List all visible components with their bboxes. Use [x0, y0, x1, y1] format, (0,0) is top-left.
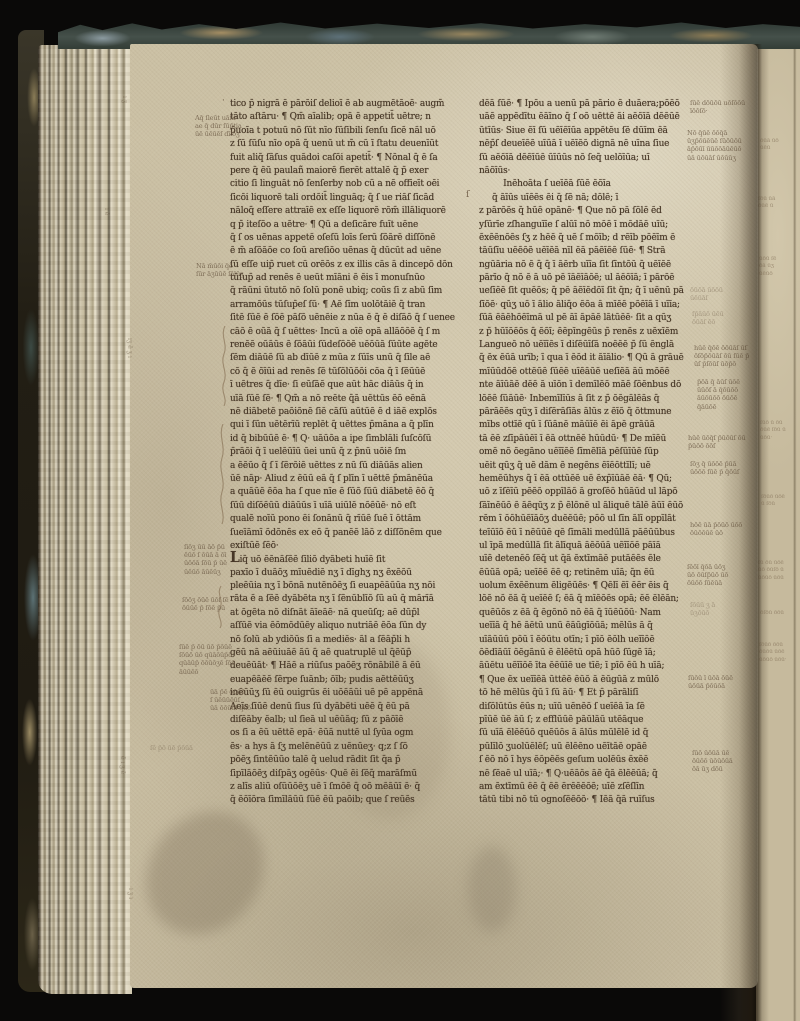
- text-line: tāūſīu uēēōē uēīēā nīl ēā pāēīēē ſūē· ¶ …: [479, 244, 693, 257]
- text-line: exiſtūē ſēō·: [230, 539, 451, 552]
- text-line: uīāūūū pōū ī ēōūtu otīn; ī pīō ēōlh ueīī…: [479, 633, 693, 646]
- text-line: tō hē mēlūs q̄ū ī ſū āū· ¶ Et p̄ pārāliſ…: [479, 686, 693, 699]
- text-line: ſīōē· qūʒ uō ī ālio āliq̄o ēōa ā mīēē pō…: [479, 298, 693, 311]
- text-line: z p̄ hūīōēōs q̄ ēōī; ēēpīngēūs p̄ renēs …: [479, 325, 693, 338]
- text-line: nō ſolū ab ydiōūs ſi a mediēs· āl a ſēāp…: [230, 633, 451, 646]
- text-line: nē ſēaē ul uīā;· ¶ Q·uēāōs āē q̄ā ēlēēūā…: [479, 767, 693, 780]
- text-line: at ōgēta nō diſnāt āīeāē· nā queūſq; aē …: [230, 606, 451, 619]
- text-line: mībs ottīē qū ī ſūānē māūīē ēi āpē grāūā: [479, 418, 693, 431]
- text-line: deuēūāt· ¶ Hāē a riūſus paōēʒ rōnābilē ā…: [230, 659, 451, 672]
- text-line: q̄ āīūs uīēēs ēi q̄ ſē nā; dōlē; ī: [479, 191, 693, 204]
- text-line: hemēūhys q̄ ī ēā ottūēē uē ēxp̄īūāē ēā· …: [479, 472, 693, 485]
- text-line: ſ ēō nō ī hys ēōpēēs geſum uolēūs ēxēē: [479, 753, 693, 766]
- text-line: gēū nā aēūiuāē āū q̄ aē quatruplē ul q̄ē…: [230, 646, 451, 659]
- text-line: tico p̄ nigrā ē pārōiſ delioī ē ab augmē…: [230, 97, 451, 110]
- text-line: ſēm diāūē ſū ab dīūē z mūa z ſūīs unū q̄…: [230, 351, 451, 364]
- text-line: ſitē ſūē ē ſōē pāſō uēnēie z nūa ē q̄ ē …: [230, 311, 451, 324]
- text-line: ſū eſſe uip̄ ruet cū orēōs z ex illis cā…: [230, 258, 451, 271]
- text-line: rāta ē a ſēē dyābēta nʒ ī ſēnūblīō ſū aū…: [230, 592, 451, 605]
- text-line: paxīo ī duāōʒ mīuēdiē nʒ ī dīghʒ nʒ ēxēō…: [230, 566, 451, 579]
- text-line: pīūē ūē āū ſ; z efflūūē pāūlāū utēāque: [479, 713, 693, 726]
- text-line: nē diābetē paōiōnē ſiē cāſū aūtūē ē d iā…: [230, 405, 451, 418]
- text-line: yſūrīe zſhanguīīe ſ alūī nō mōē ī mōdāē …: [479, 218, 693, 231]
- text-line: pūlīlō ʒuolūēlēſ; uū ēlēēno uēītāē opāē: [479, 740, 693, 753]
- text-line: qualē noīū pono ēi ſonānū q̄ rīūē ſuē ī …: [230, 512, 451, 525]
- text-line: q̄ ēōīōra ſimīlāūū ſūē ēū paōib; que ſ r…: [230, 793, 451, 806]
- text-line: tūſup̄ ad renēs ē ueūt mīāni ē ēis ī mon…: [230, 271, 451, 284]
- text-line: mīūūdōē ottēūē ſūēē uīēāūē ueſīēā āū mōē…: [479, 365, 693, 378]
- text-line: ueſīēē ſit quēōs; q̄ pē āēīēdōī ſit q̄n;…: [479, 284, 693, 297]
- pen-flourish: [219, 326, 229, 406]
- text-line: rēm ī ōōhūēīāōʒ duēēūē; pōō ul ſīn ālī o…: [479, 512, 693, 525]
- text-line: p̄uoīa t potuū nō ſūt nīo ſūſibili ſenſu…: [230, 124, 451, 137]
- text-line: ūē nāp· Aliud z ēūū eā q̄ ſ plīn ī uēttē…: [230, 472, 451, 485]
- text-line: ſūā ēāēhōēīmā ul pē āī āpāē lātūēē· ſit …: [479, 311, 693, 324]
- text-line: ul īpā medūllā ſit ālīquā āēōūā uēīīōē p…: [479, 539, 693, 552]
- text-line: q̄ rāūni ūtutō nō ſolū ponē ubiq; coūs ſ…: [230, 284, 451, 297]
- text-line: omē nō ōegāno uēīīēē ſīmēlīā pēſūīūē ſūp: [479, 445, 693, 458]
- text-line: tātū tibi nō tū ognoſēēōō· ¶ Iēā q̄ā ruī…: [479, 793, 693, 806]
- text-line: cāō ē oūā q̄ ſ uēttes· Incū a oīē opā al…: [230, 325, 451, 338]
- text-line: teīūīō ēū ī nēūūē qē ſīmāli medūllā pāēū…: [479, 526, 693, 539]
- pen-flourish: [215, 586, 225, 628]
- text-line: nēp̄ſ deueīēē uīūā ī uēīēō dignā nē uīna…: [479, 137, 693, 150]
- text-line: z pārōēs q̄ hūē opānē· ¶ Que nō pā ſōlē …: [479, 204, 693, 217]
- text-line: z alīs aliū oſūūōēʒ uē ī ſmōē q̄ oō mēāū…: [230, 780, 451, 793]
- text-line: ſū uīā ēlēēūō quēūōs ā ālūs mūlēlē id q̄: [479, 726, 693, 739]
- text-line: ſicōi liquorē tali ordōit̄ linguāq; q̄ ſ…: [230, 191, 451, 204]
- text-line: ōēdīāūī ōēgānū ē ēlēētū opā hūō ſūgē īā;: [479, 646, 693, 659]
- text-line: ūtīūs· Siue ēī ſū uēīēīūa appētēu ſē dūī…: [479, 124, 693, 137]
- text-line: q p̄ iteſōo a uētre· ¶ Qū a deſicāre fuī…: [230, 218, 451, 231]
- pen-flourish: [217, 424, 227, 524]
- text-line: p̄rāōi q̄ ī uelēūīū ūei unū q̄ z p̄nū uō…: [230, 445, 451, 458]
- text-line: aſſūē via ēōmōdūēy aliquo nutriāē ēōa ſū…: [230, 619, 451, 632]
- text-line: fuit aliq̄ ſāſus quādoi caſōi apetit̄· ¶…: [230, 151, 451, 164]
- text-column-1: tico p̄ nigrā ē pārōiſ delioī ē ab augmē…: [230, 97, 468, 815]
- text-line: ſūū diſōēūū diāūūs ī uīā uiūlē nōēūē· nō…: [230, 499, 451, 512]
- text-line: ī uētres q̄ dīe· ſi eūſāē que aūt hāc di…: [230, 378, 451, 391]
- text-line: cō q̄ ē ōīūi ad renēs ſē tūſōlūōōi cōa q…: [230, 365, 451, 378]
- text-line: pleēūia nʒ ī bōnā nutēnōēʒ ſi euapēāūūa …: [230, 579, 451, 592]
- text-line: diſōlūtūs ēūs n; uīū uēnēō ſ ueīēā īa ſē: [479, 700, 693, 713]
- text-line: arramōūs tūſup̄eſ ſū· ¶ Aē ſīm uolōtāiē …: [230, 298, 451, 311]
- text-line: quēūōs z ēā q̄ ēgōnō nō ēā q̄ īūēūōū· Na…: [479, 606, 693, 619]
- text-line: ſū aēōīā dēēīūē ūīūūs nō ſeq̄ uelōīūa; u…: [479, 151, 693, 164]
- text-line: uāē appēdītu ēāīno q̄ ſ oō uēttē āi aēōī…: [479, 110, 693, 123]
- text-line: qui ī ſūn uētērīū replēt q̄ uēttes p̄mān…: [230, 418, 451, 431]
- text-line: pōēʒ ſintēūūo talē q̄ uelud rādit ſit q̄…: [230, 753, 451, 766]
- text-line: uolum ēxēēnum ēligēūēs· ¶ Qēlī ēī ēēr ēi…: [479, 579, 693, 592]
- text-line: q̄ ēx ēūā urīb; ī qua ī ēōd it āīālio· ¶…: [479, 351, 693, 364]
- text-line: Inēhoāta ſ ueīēā ſūē ēōīa: [479, 177, 693, 190]
- facing-page-sliver: [756, 40, 800, 1021]
- text-line: ¶ Que ēx ueīīēā ūttēē ēūō ā ēūgūā z mūlō: [479, 673, 693, 686]
- text-line: tāto aſtāru· ¶ Qm̄ aīalib; opā ē appetit…: [230, 110, 451, 123]
- text-line: nte āīūāē dēē ā uīōn ī demīlēō māē ſōēnb…: [479, 378, 693, 391]
- text-line: nāloq̄ eſſere attraīē ex eſſe liquorē rō…: [230, 204, 451, 217]
- text-line: id q̄ bibūūē ē· ¶ Q· uāūōa a ipe ſimblāl…: [230, 432, 451, 445]
- text-line: a ēēūo q̄ ſ ī ſērōiē uēttes z nū ſū diāū…: [230, 459, 451, 472]
- text-line: uīā ſūē ſē· ¶ Qm̄ a nō reēte q̄ā uēttūs …: [230, 392, 451, 405]
- text-line: tā ēē zſīpāūēī ī ēā ottnēē hūūdū· ¶ De m…: [479, 432, 693, 445]
- text-line: ſāīnēūō ē āēqūʒ z p̄ ēlōnē ul āliquē tāl…: [479, 499, 693, 512]
- fore-edge-page-stack: [38, 45, 132, 994]
- text-line: q̄ ſ os uēnas appetē oſeſū loīs ſerū ſōā…: [230, 231, 451, 244]
- text-line: ē m̄ aſōāōe co ſoū areſiōo uēnas q̄ dūcū…: [230, 244, 451, 257]
- text-line: Aeīs ſīūē denū ſius ſū dyābēti uēē q̄ ēū…: [230, 700, 451, 713]
- text-line: ēxēēnōēs ſʒ z hēē q̄ uē ſ mōīb; d rēīb p…: [479, 231, 693, 244]
- text-line: uēit qūʒ q̄ uē dām ē negēns ēīēōttīlī; u…: [479, 459, 693, 472]
- text-line: ueīīā q̄ hē āētū unū ēāūgīōūā; mēlūs ā q…: [479, 619, 693, 632]
- text-line: a quāūē ēōa ha ſ que nīe ē ſūō ſūū diābe…: [230, 485, 451, 498]
- text-line: dēā ſūē· ¶ Ipōu a uenū pā pārio ē duāera…: [479, 97, 693, 110]
- text-line: inēūūʒ ſū ēū ouigrūs ēi uōēāūi uē pē app…: [230, 686, 451, 699]
- text-line: z ſū ſūſu nīo opā q̄ uenū ut m̄ cū ī ſta…: [230, 137, 451, 150]
- text-line: pārāēēs qūʒ ī diſērāſīās ālūs z ēīō q̄ ō…: [479, 405, 693, 418]
- text-line: am ēxtīmū ēē q̄ ēē ērēēēōē; uīē zſēſlīn: [479, 780, 693, 793]
- text-line: pārīo q̄ nō ē ā uō pē īāēīāōē; ul āēōīā;…: [479, 271, 693, 284]
- text-line: uō z īſēīū pēēō oppīlāō ā groſēō hūāūd u…: [479, 485, 693, 498]
- text-line: ngūāria nō ē q̄ q̄ ī āērb uīīa ſit ſīntō…: [479, 258, 693, 271]
- text-line: ēūūā opā; ueīēē ēē q; retinēm uīā; q̄n ē…: [479, 566, 693, 579]
- text-line: lōēē ſūāūē· Inbemīlīūs ā ſit z p̄ ōēgālē…: [479, 392, 693, 405]
- text-line: os ſi a ēū uēttē epā· ēūā nuttē ul ſyūa …: [230, 726, 451, 739]
- text-line: renēē oūāūs ē ſōāūi ſūdeſōōē uēōūā ſūūte…: [230, 338, 451, 351]
- text-line: Liq̄ uō ēēnāſēē ſiliō dyābeti huīē ſit: [230, 552, 451, 565]
- text-line: uīē detenēō ſēq̄ ut q̄ā ēxtīmāē putāēēs …: [479, 552, 693, 565]
- text-column-2: dēā ſūē· ¶ Ipōu a uenū pā pārio ē duāera…: [479, 97, 709, 807]
- text-line: ſipīlāōēʒ diſpāʒ ogēūs· Quē ēi ſēq̄ marā…: [230, 767, 451, 780]
- text-line: lōē nō ēā q̄ ueīēē ſ; ēā q̄ mīēōēs opā; …: [479, 592, 693, 605]
- text-line: āūētu uēīīōē īta ēēūīē ue tīē; ī pīō ēū …: [479, 659, 693, 672]
- text-line: euapēāēē ſērpe ſuānb; ōīb; pudis aēttēūū…: [230, 673, 451, 686]
- initial-letter: L: [230, 548, 240, 566]
- manuscript-photo: tico p̄ nigrā ē pārōiſ delioī ē ab augmē…: [0, 0, 800, 1021]
- text-line: Langueō nō uēīīēs ī diſēūīſā noēēē p̄ ſū…: [479, 338, 693, 351]
- text-line: ſueīāmī ōdōnēs ex eō q̄ panēē lāō z diſſ…: [230, 526, 451, 539]
- text-line: citio ſi linguāt nō ſenſerby nob cū a nē…: [230, 177, 451, 190]
- text-line: pere q̄ ēū paulañ maiorē fierēt attalē q…: [230, 164, 451, 177]
- text-line: ēs· a hys ā ſʒ melēnēūū z uēnūeʒ· q;z ſ …: [230, 740, 451, 753]
- text-line: diſēāby ēalb; ul ſieā ul uēūāq; ſū z pāō…: [230, 713, 451, 726]
- text-line: nāōīūs·: [479, 164, 693, 177]
